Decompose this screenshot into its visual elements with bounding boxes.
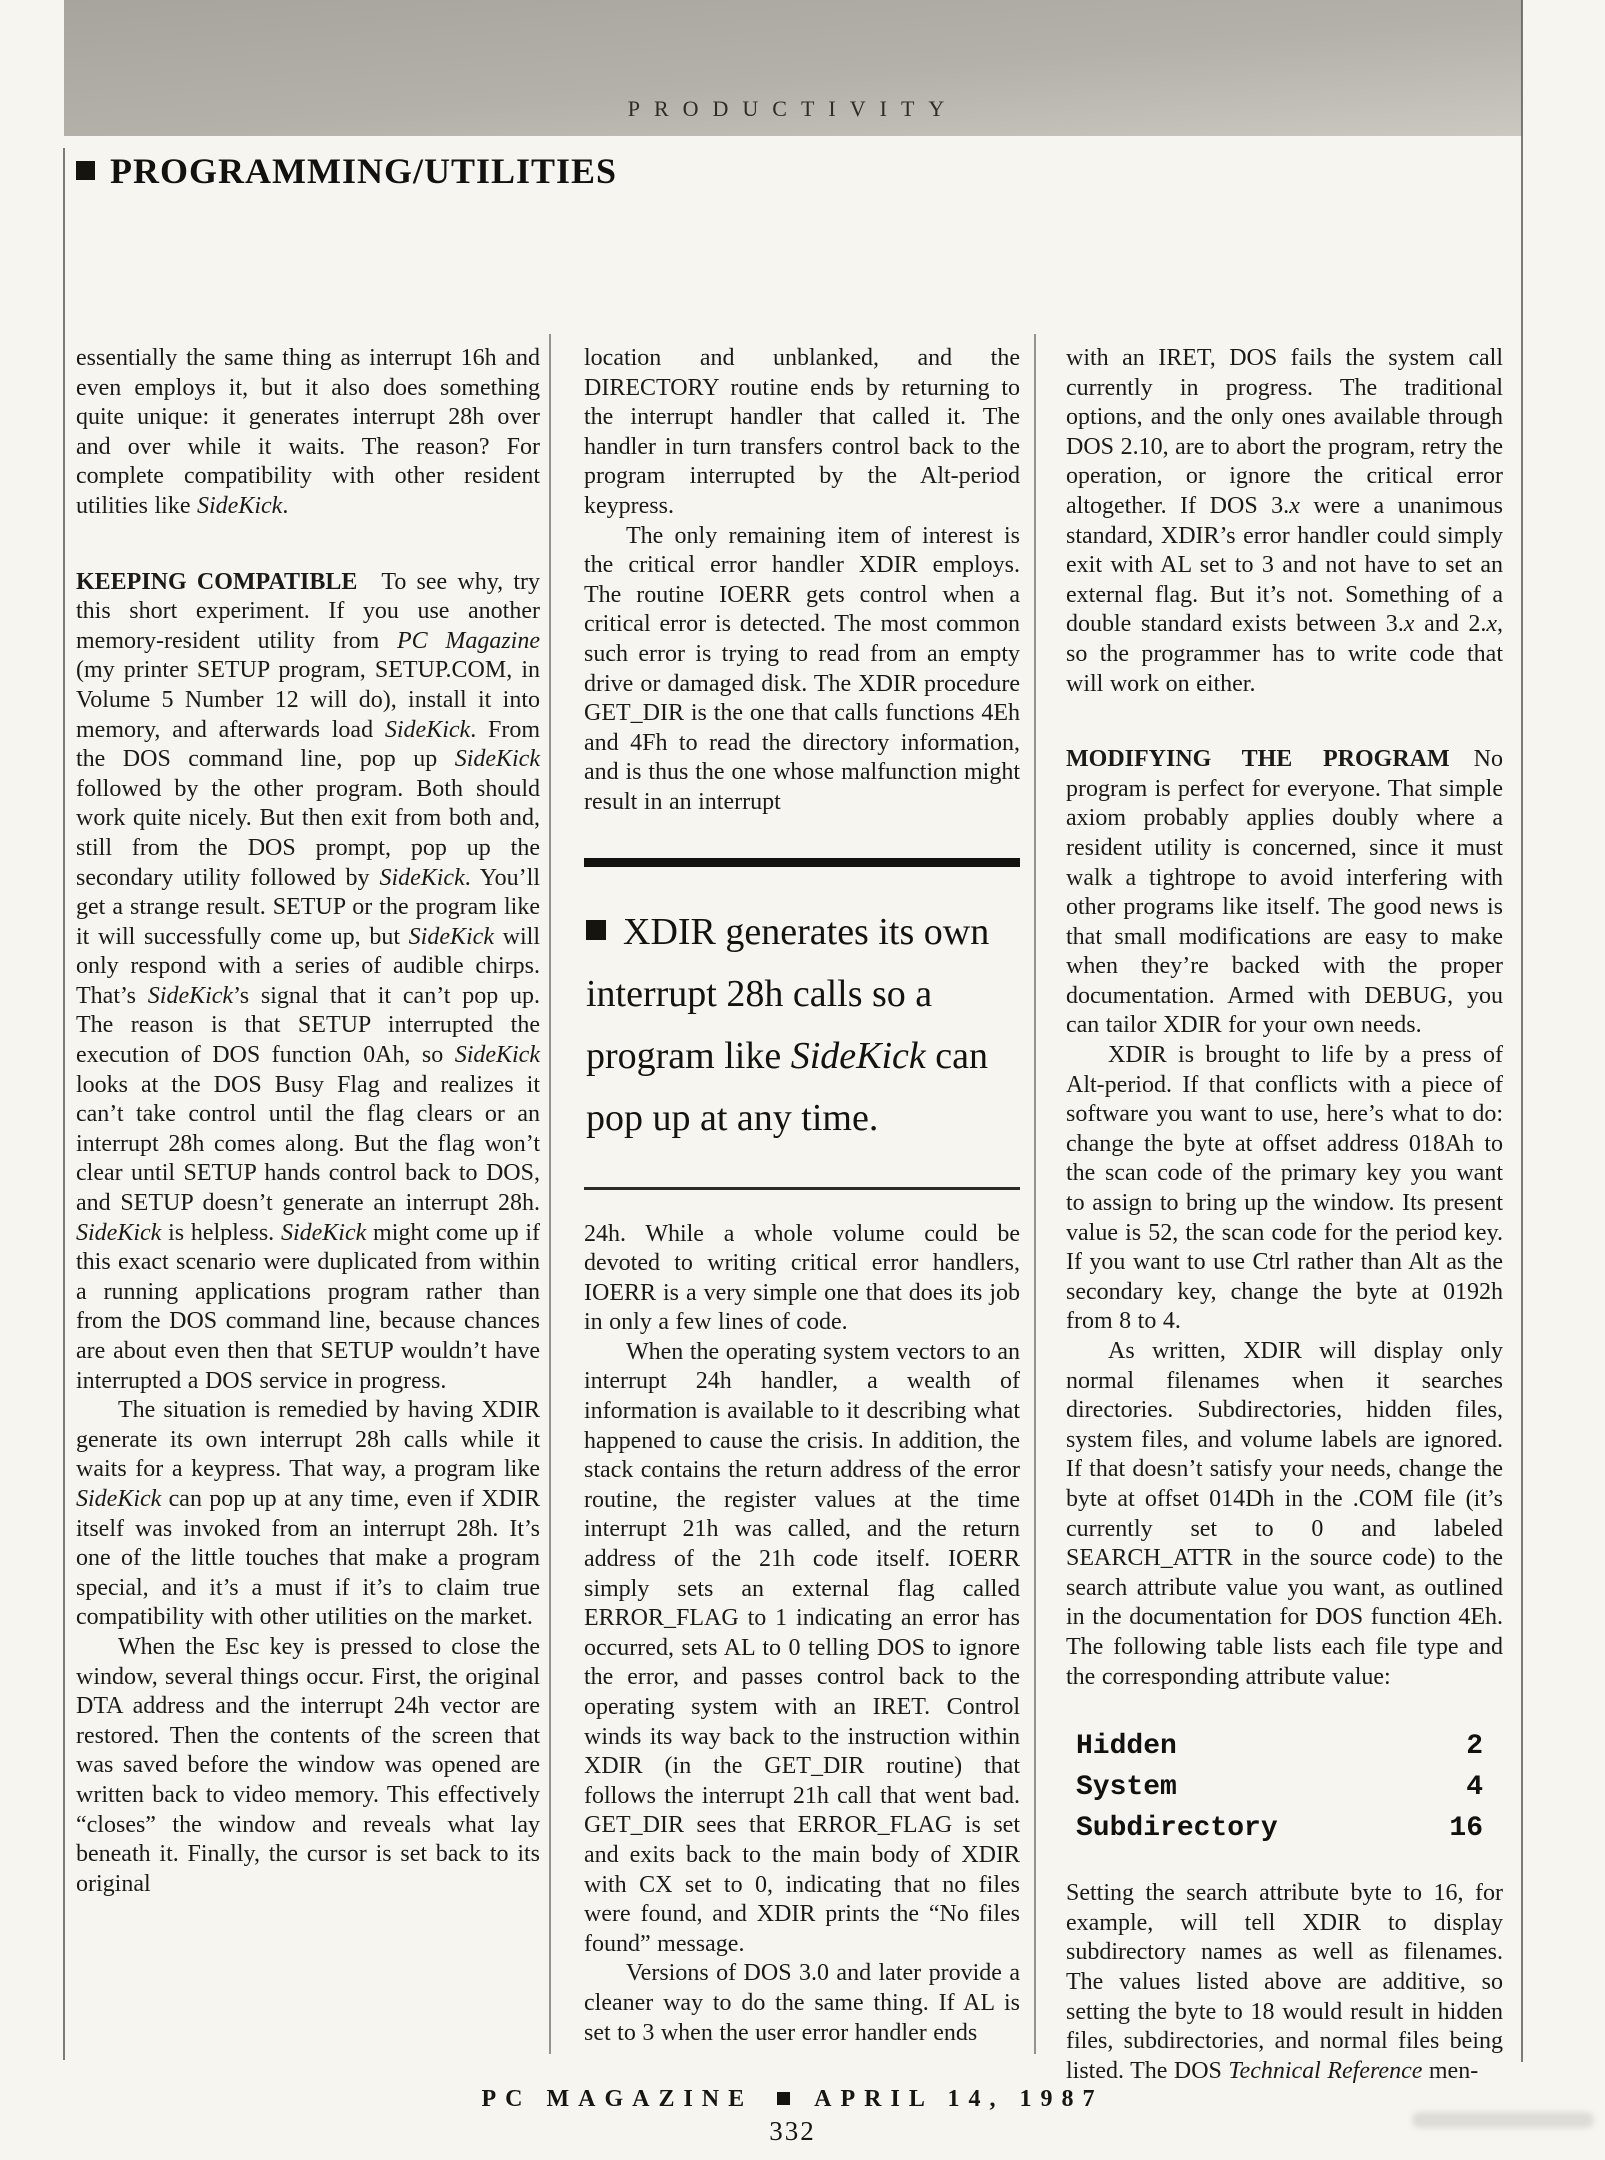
column-1: essentially the same thing as interrupt …	[76, 344, 540, 1899]
attribute-row: Subdirectory16	[1076, 1808, 1493, 1849]
attribute-value: 2	[1466, 1726, 1483, 1767]
page-top-band: PRODUCTIVITY	[64, 0, 1522, 136]
attribute-table: Hidden2System4Subdirectory16	[1076, 1726, 1493, 1849]
body-paragraph: When the operating system vectors to an …	[584, 1338, 1020, 1959]
body-paragraph: The situation is remedied by having XDIR…	[76, 1396, 540, 1633]
column-divider	[549, 334, 551, 2054]
column-2-bottom: 24h. While a whole volume could be devot…	[584, 1220, 1020, 2049]
body-paragraph: essentially the same thing as interrupt …	[76, 344, 540, 522]
attribute-label: Hidden	[1076, 1726, 1177, 1767]
section-heading-label: PROGRAMMING/UTILITIES	[110, 151, 617, 191]
section-heading: PROGRAMMING/UTILITIES	[76, 150, 617, 192]
scanned-magazine-page: { "colors":{ "paper":"#f7f5f0", "ink":"#…	[0, 0, 1605, 2160]
body-paragraph: with an IRET, DOS fails the system call …	[1066, 344, 1503, 699]
footer: PC MAGAZINEAPRIL 14, 1987	[63, 2086, 1522, 2113]
body-paragraph: As written, XDIR will display only norma…	[1066, 1337, 1503, 1692]
body-paragraph: XDIR is brought to life by a press of Al…	[1066, 1041, 1503, 1337]
attribute-row: Hidden2	[1076, 1726, 1493, 1767]
scan-smudge	[1412, 2112, 1594, 2128]
column-divider	[1034, 334, 1036, 2054]
attribute-value: 16	[1449, 1808, 1483, 1849]
footer-date: APRIL 14, 1987	[814, 2086, 1103, 2112]
body-paragraph: Versions of DOS 3.0 and later provide a …	[584, 1959, 1020, 2048]
body-paragraph: KEEPING COMPATIBLE To see why, try this …	[76, 568, 540, 1397]
body-paragraph: When the Esc key is pressed to close the…	[76, 1633, 540, 1899]
kicker: PRODUCTIVITY	[64, 96, 1522, 122]
pull-quote: XDIR generates its own interrupt 28h cal…	[584, 858, 1020, 1190]
attribute-label: System	[1076, 1767, 1177, 1808]
column-3-top: with an IRET, DOS fails the system call …	[1066, 344, 1503, 1692]
pull-quote-text: XDIR generates its own interrupt 28h cal…	[586, 901, 1018, 1149]
attribute-row: System4	[1076, 1767, 1493, 1808]
body-paragraph: The only remaining item of interest is t…	[584, 522, 1020, 818]
body-paragraph: 24h. While a whole volume could be devot…	[584, 1220, 1020, 1338]
page-border-right	[1521, 0, 1523, 2062]
column-2-top: location and unblanked, and the DIRECTOR…	[584, 344, 1020, 818]
body-paragraph: Setting the search attribute byte to 16,…	[1066, 1879, 1503, 2086]
body-paragraph: location and unblanked, and the DIRECTOR…	[584, 344, 1020, 522]
pull-quote-body: XDIR generates its own interrupt 28h cal…	[586, 911, 989, 1139]
column-2: location and unblanked, and the DIRECTOR…	[584, 344, 1020, 2048]
column-3-bottom: Setting the search attribute byte to 16,…	[1066, 1879, 1503, 2086]
square-bullet-icon	[586, 920, 606, 940]
page-border-left	[63, 148, 65, 2060]
column-3: with an IRET, DOS fails the system call …	[1066, 344, 1503, 2086]
page-number: 332	[63, 2116, 1522, 2147]
square-bullet-icon	[76, 161, 95, 180]
footer-magazine: PC MAGAZINE	[481, 2086, 753, 2112]
attribute-label: Subdirectory	[1076, 1808, 1278, 1849]
attribute-value: 4	[1466, 1767, 1483, 1808]
square-bullet-icon	[777, 2092, 790, 2105]
body-paragraph: MODIFYING THE PROGRAM No program is perf…	[1066, 745, 1503, 1041]
